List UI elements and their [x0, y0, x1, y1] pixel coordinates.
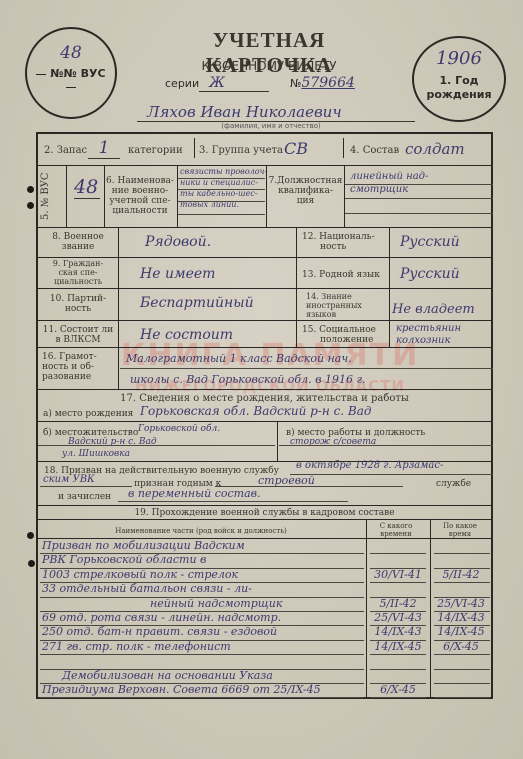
birth-year-value: 1906 — [414, 48, 504, 69]
education-value-1: Малограмотный 1 класс Вадской нач. — [126, 352, 352, 365]
column-header-unit: Наименование части (род войск и должност… — [38, 527, 364, 535]
unit-cell: РВК Горьковской области в — [42, 553, 206, 566]
vus-circle-label: №№ ВУС — [50, 67, 105, 80]
vus-number-value: 48 — [74, 176, 100, 199]
column-header-to: По какое время — [432, 522, 488, 538]
birth-year-label-1: 1. Год — [414, 74, 504, 88]
column-header-from: С какого времени — [368, 522, 424, 538]
party-value: Беспартийный — [140, 295, 254, 311]
rank-label: 8. Военноезвание — [40, 232, 116, 252]
party-label: 10. Партий-ность — [40, 294, 116, 314]
foreign-languages-label: 14. Знаниеиностранныхязыков — [306, 292, 362, 319]
unit-cell: 271 гв. стр. полк - телефонист — [42, 640, 231, 653]
conscription-value-1: в октябре 1928 г. Арзамас- — [296, 460, 443, 471]
number-field: №579664 — [290, 75, 355, 91]
native-language-value: Русский — [400, 266, 460, 282]
residence-value: Горьковской обл. — [138, 423, 220, 435]
qualification-value: линейный над-смотрщик — [350, 170, 428, 196]
series-value: Ж — [199, 75, 225, 91]
birthplace-value: Горьковская обл. Вадский р-н с. Вад — [140, 404, 372, 418]
full-name: Ляхов Иван Николаевич — [137, 103, 415, 122]
enlisted-value: в переменный состав. — [128, 487, 261, 500]
page-subtitle: К ВОЕННОМУ БИЛЕТУ — [150, 59, 388, 73]
education-label: 16. Грамот-ность и об-разование — [42, 352, 97, 382]
from-cell: 6/X-45 — [368, 683, 428, 696]
from-cell: 5/II-42 — [368, 597, 428, 610]
from-cell: 30/VI-41 — [368, 568, 428, 581]
to-cell: 5/II-42 — [432, 568, 490, 581]
punch-hole — [27, 186, 34, 193]
unit-cell: Президиума Верховн. Совета 6669 от 25/IX… — [42, 683, 321, 696]
vus-number-label: 5. № ВУС — [41, 172, 51, 220]
group-value: СВ — [284, 139, 308, 158]
social-status-value: крестьянинколхозник — [396, 323, 461, 347]
to-cell: 14/IX-43 — [432, 611, 490, 624]
civil-specialty-value: Не имеет — [140, 266, 215, 282]
nationality-value: Русский — [400, 234, 460, 250]
composition-label: 4. Состав — [350, 146, 399, 156]
social-status-label: 15. Социальноеположение — [302, 325, 376, 345]
specialty-label: 6. Наименова-ние военно-учетной спе-циал… — [106, 176, 174, 216]
punch-hole — [27, 202, 34, 209]
from-cell: 25/VI-43 — [368, 611, 428, 624]
from-cell: 14/IX-45 — [368, 640, 428, 653]
unit-cell: 250 отд. бат-н правит. связи - ездовой — [42, 625, 277, 638]
conscription-value-2: ским УВК — [43, 474, 95, 485]
foreign-languages-value: Не владеет — [392, 302, 475, 317]
full-name-caption: (фамилия, имя и отчество) — [137, 122, 405, 130]
from-cell: 14/IX-43 — [368, 625, 428, 638]
nationality-label: 12. Националь-ность — [302, 232, 375, 252]
specialty-value: связисты проволоч-ники и специалис-ты ка… — [180, 166, 267, 210]
vus-circle-value: 48 — [27, 43, 115, 63]
education-value-2: школы с. Вад Горьковской обл. в 1916 г. — [130, 373, 366, 386]
unit-cell: Призван по мобилизации Вадским — [42, 539, 245, 552]
number-label: № — [290, 77, 301, 90]
rank-value: Рядовой. — [145, 234, 211, 250]
reserve-value: 1 — [88, 138, 120, 159]
birth-year-label-2: рождения — [414, 88, 504, 102]
group-label: 3. Группа учета — [199, 146, 283, 156]
birthplace-label: а) место рождения — [43, 409, 133, 419]
number-value: 579664 — [301, 75, 354, 91]
to-cell: 6/X-45 — [432, 640, 490, 653]
reserve-suffix: категории — [128, 146, 183, 156]
reserve-label: 2. Запас — [44, 146, 87, 156]
unit-cell: нейный надсмотрщик — [150, 597, 282, 610]
qualification-label: 7.Должностнаяквалифика-ция — [268, 176, 343, 206]
unit-cell: 1003 стрелковый полк - стрелок — [42, 568, 238, 581]
komsomol-label: 11. Состоит лив ВЛКСМ — [40, 325, 116, 345]
unit-cell: 69 отд. рота связи - линейн. надсмотр. — [42, 611, 281, 624]
section17-title: 17. Сведения о месте рождения, жительств… — [36, 394, 493, 404]
komsomol-value: Не состоит — [140, 327, 233, 343]
to-cell: 14/IX-45 — [432, 625, 490, 638]
vus-circle: 48 №№ ВУС — [25, 27, 117, 119]
series-field: серииЖ — [165, 75, 269, 92]
fit-value: строевой — [258, 474, 315, 487]
punch-hole — [28, 560, 35, 567]
to-cell: 25/VI-43 — [432, 597, 490, 610]
civil-specialty-label: 9. Граждан-ская спе-циальность — [40, 259, 116, 286]
unit-cell: 33 отдельный батальон связи - ли- — [42, 582, 252, 595]
unit-cell: Демобилизован на основании Указа — [62, 669, 273, 682]
section19-title: 19. Прохождение военной службы в кадрово… — [36, 508, 493, 518]
punch-hole — [27, 532, 34, 539]
enlisted-label: и зачислен — [58, 492, 111, 502]
series-label: серии — [165, 77, 199, 90]
native-language-label: 13. Родной язык — [302, 270, 380, 280]
birth-year-circle: 1906 1. Год рождения — [412, 36, 506, 122]
document-page: 48 №№ ВУС 1906 1. Год рождения УЧЕТНАЯ К… — [0, 0, 523, 759]
composition-value: солдат — [405, 140, 465, 158]
service-label: службе — [436, 479, 471, 489]
residence-value-3: ул. Шишковка — [62, 449, 130, 459]
